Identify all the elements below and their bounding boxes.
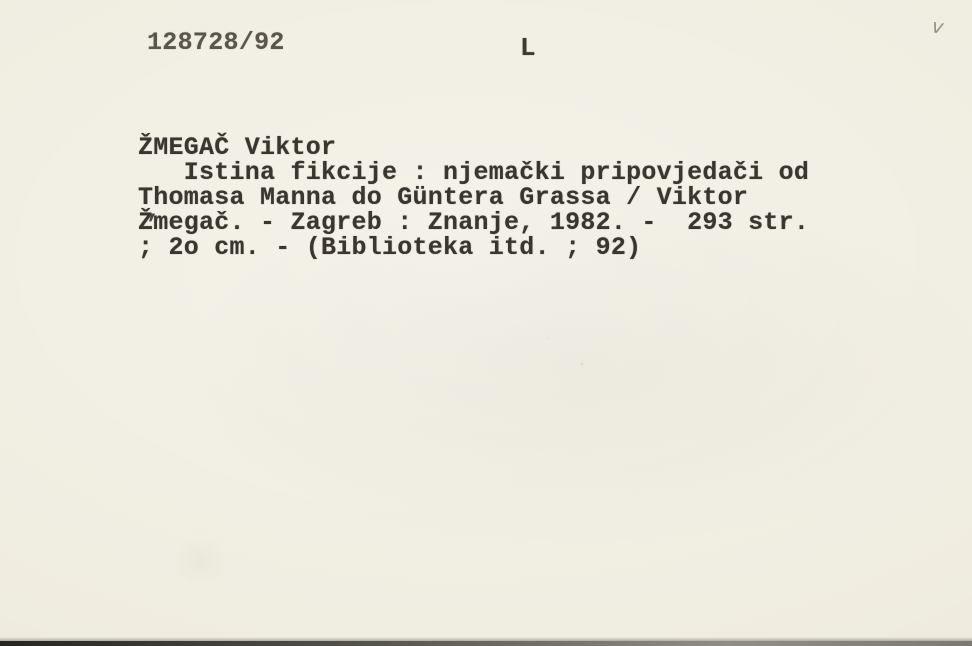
entry-line-title: Istina fikcije : njemački pripovjedači o… (138, 160, 809, 185)
pencil-checkmark: v (931, 15, 945, 38)
entry-line-imprint: Žmegač. - Zagreb : Znanje, 1982. - 293 s… (138, 210, 809, 235)
typewriter-artifact-mark: , (146, 196, 161, 225)
entry-line-heading: ŽMEGAČ Viktor (138, 135, 809, 160)
catalog-card-scan: 128728/92 L v ŽMEGAČ Viktor Istina fikci… (0, 0, 972, 646)
entry-line-title-cont: Thomasa Manna do Güntera Grassa / Viktor (138, 185, 809, 210)
entry-line-series: ; 2o cm. - (Biblioteka itd. ; 92) (138, 235, 809, 260)
catalog-entry: ŽMEGAČ Viktor Istina fikcije : njemački … (138, 135, 809, 260)
call-number: 128728/92 (147, 28, 285, 57)
scan-edge-shadow (0, 641, 972, 646)
shelf-letter: L (520, 33, 536, 63)
